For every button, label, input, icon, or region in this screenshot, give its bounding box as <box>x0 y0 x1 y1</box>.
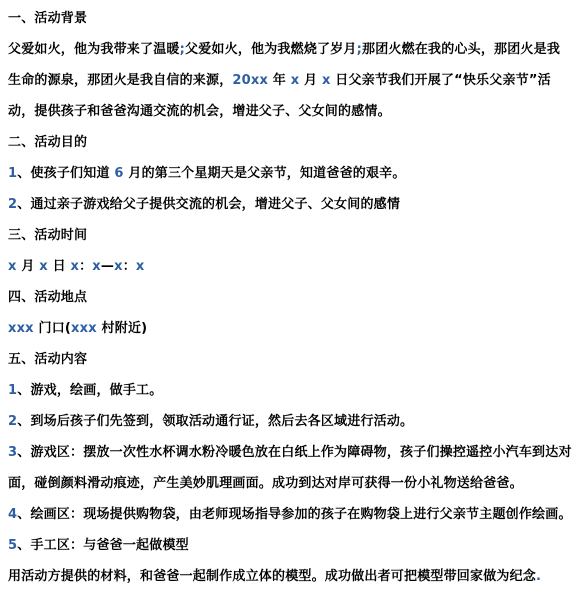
text-run: . <box>536 569 541 584</box>
text-run: 用活动方提供的材料，和爸爸一起制作成立体的模型。成功做出者可把模型带回家做为纪念 <box>8 569 536 584</box>
text-run: 村附近) <box>97 321 147 336</box>
text-run: 月 <box>17 259 40 274</box>
text-run: 父爱如火，他为我带来了温暖 <box>8 42 180 57</box>
paragraph: 4、绘画区：现场提供购物袋，由老师现场指导参加的孩子在购物袋上进行父亲节主题创作… <box>8 499 573 530</box>
text-run: 1 <box>8 166 17 181</box>
text-run: x <box>92 259 101 274</box>
text-run: 、手工区：与爸爸一起做模型 <box>17 538 189 553</box>
text-run: xxx <box>8 321 34 336</box>
text-run: 月的第三个星期天是父亲节，知道爸爸的艰辛。 <box>124 166 406 181</box>
text-run: 日 <box>48 259 71 274</box>
section-heading: 三、活动时间 <box>8 220 573 251</box>
paragraph: xxx 门口(xxx 村附近) <box>8 313 573 344</box>
text-run: 二、活动目的 <box>8 135 87 150</box>
section-heading: 五、活动内容 <box>8 344 573 375</box>
text-run: 父爱如火，他为我燃烧了岁月 <box>185 42 357 57</box>
text-run: 、游戏，绘画，做手工。 <box>17 383 162 398</box>
text-run: 、游戏区：摆放一次性水杯调水粉冷暖色放在白纸上作为障碍物，孩子们操控遥控小汽车到… <box>8 445 572 491</box>
text-run: xxx <box>71 321 97 336</box>
text-run: — <box>101 259 114 274</box>
text-run: ： <box>123 259 136 274</box>
document-body: 一、活动背景父爱如火，他为我带来了温暖;父爱如火，他为我燃烧了岁月;那团火燃在我… <box>0 0 581 591</box>
text-run: 三、活动时间 <box>8 228 87 243</box>
text-run: x <box>114 259 123 274</box>
text-run: ： <box>79 259 92 274</box>
paragraph: 用活动方提供的材料，和爸爸一起制作成立体的模型。成功做出者可把模型带回家做为纪念… <box>8 561 573 591</box>
text-run: x <box>8 259 17 274</box>
text-run: x <box>136 259 145 274</box>
text-run: 、到场后孩子们先签到，领取活动通行证，然后去各区域进行活动。 <box>17 414 413 429</box>
paragraph: 5、手工区：与爸爸一起做模型 <box>8 530 573 561</box>
text-run: 一、活动背景 <box>8 11 87 26</box>
paragraph: 父爱如火，他为我带来了温暖;父爱如火，他为我燃烧了岁月;那团火燃在我的心头，那团… <box>8 34 573 127</box>
text-run: 1 <box>8 383 17 398</box>
paragraph: 2、通过亲子游戏给父子提供交流的机会，增进父子、父女间的感情 <box>8 189 573 220</box>
section-heading: 一、活动背景 <box>8 3 573 34</box>
text-run: 3 <box>8 445 17 460</box>
text-run: 4 <box>8 507 17 522</box>
text-run: 门口( <box>34 321 71 336</box>
paragraph: 2、到场后孩子们先签到，领取活动通行证，然后去各区域进行活动。 <box>8 406 573 437</box>
text-run: 、绘画区：现场提供购物袋，由老师现场指导参加的孩子在购物袋上进行父亲节主题创作绘… <box>17 507 571 522</box>
section-heading: 四、活动地点 <box>8 282 573 313</box>
text-run: 、使孩子们知道 <box>17 166 114 181</box>
paragraph: 1、游戏，绘画，做手工。 <box>8 375 573 406</box>
text-run: 2 <box>8 414 17 429</box>
paragraph: 1、使孩子们知道 6 月的第三个星期天是父亲节，知道爸爸的艰辛。 <box>8 158 573 189</box>
text-run: 2 <box>8 197 17 212</box>
text-run: x <box>71 259 80 274</box>
paragraph: 3、游戏区：摆放一次性水杯调水粉冷暖色放在白纸上作为障碍物，孩子们操控遥控小汽车… <box>8 437 573 499</box>
text-run: x <box>322 73 331 88</box>
text-run: 五、活动内容 <box>8 352 87 367</box>
text-run: x <box>39 259 48 274</box>
text-run: 6 <box>114 166 123 181</box>
text-run: 年 <box>268 73 291 88</box>
text-run: 20xx <box>232 73 268 88</box>
text-run: 四、活动地点 <box>8 290 87 305</box>
text-run: 月 <box>299 73 322 88</box>
text-run: 、通过亲子游戏给父子提供交流的机会，增进父子、父女间的感情 <box>17 197 400 212</box>
text-run: 5 <box>8 538 17 553</box>
section-heading: 二、活动目的 <box>8 127 573 158</box>
paragraph: x 月 x 日 x：x—x：x <box>8 251 573 282</box>
